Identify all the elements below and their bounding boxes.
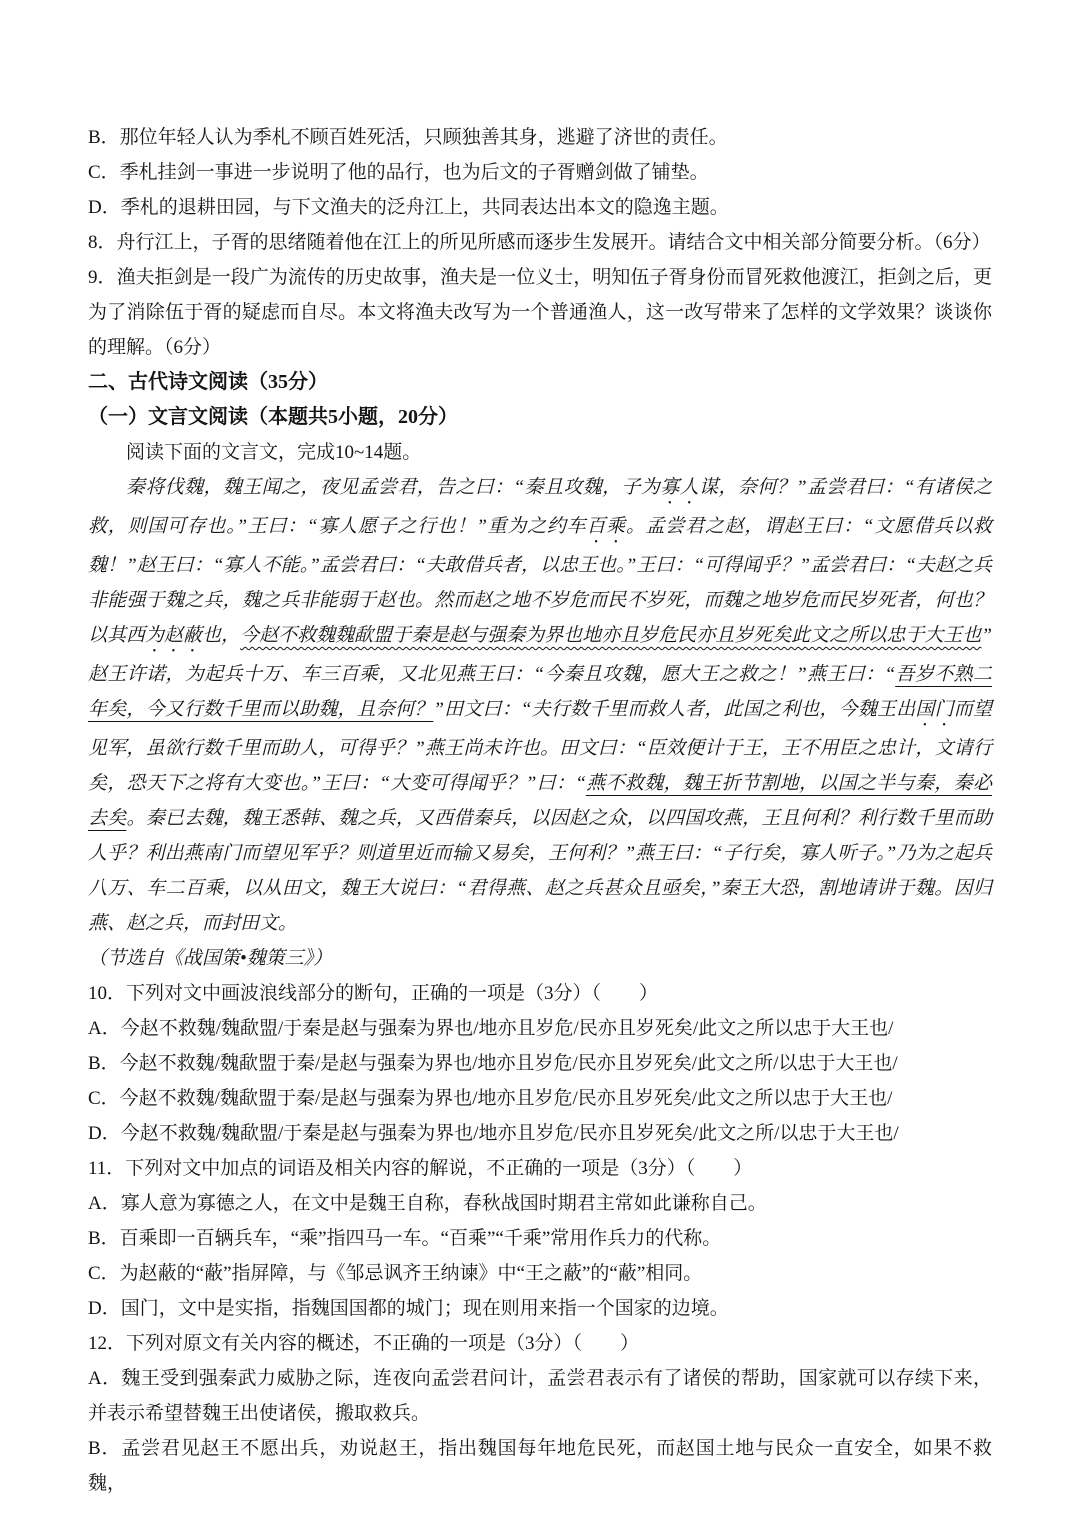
q11-option-b: B．百乘即一百辆兵车，“乘”指四马一车。“百乘”“千乘”常用作兵力的代称。 bbox=[88, 1221, 992, 1256]
q11-option-d: D．国门，文中是实指，指魏国国都的城门；现在则用来指一个国家的边境。 bbox=[88, 1291, 992, 1326]
q7-option-c: C．季札挂剑一事进一步说明了他的品行，也为后文的子胥赠剑做了铺垫。 bbox=[88, 155, 992, 190]
q11-option-a: A．寡人意为寡德之人，在文中是魏王自称，春秋战国时期君主常如此谦称自己。 bbox=[88, 1186, 992, 1221]
question-12-stem: 12．下列对原文有关内容的概述，不正确的一项是（3分）（ ） bbox=[88, 1326, 992, 1361]
passage-text: 秦将伐魏，魏王闻之，夜见孟尝君，告之曰：“秦且攻魏，子为 bbox=[126, 477, 660, 498]
exam-page: B．那位年轻人认为季札不顾百姓死活，只顾独善其身，逃避了济世的责任。 C．季札挂… bbox=[0, 0, 1080, 1528]
q10-option-d: D．今赵不救魏/魏歃盟/于秦是赵与强秦为界也/地亦且岁危/民亦且岁死矣/此文之所… bbox=[88, 1116, 992, 1151]
emphasized-word: 为赵蔽 bbox=[145, 625, 202, 646]
question-10-stem: 10．下列对文中画波浪线部分的断句，正确的一项是（3分）（ ） bbox=[88, 976, 992, 1011]
q7-option-d: D．季札的退耕田园，与下文渔夫的泛舟江上，共同表达出本文的隐逸主题。 bbox=[88, 190, 992, 225]
wavy-underlined-text: 今赵不救魏魏歃盟于秦是赵与强秦为界也地亦且岁危民亦且岁死矣此文之所以忠于大王也 bbox=[240, 625, 981, 646]
q10-option-a: A．今赵不救魏/魏歃盟/于秦是赵与强秦为界也/地亦且岁危/民亦且岁死矣/此文之所… bbox=[88, 1011, 992, 1046]
classical-passage: 秦将伐魏，魏王闻之，夜见孟尝君，告之曰：“秦且攻魏，子为寡人谋，奈何？”孟尝君曰… bbox=[88, 470, 992, 941]
question-9: 9．渔夫拒剑是一段广为流传的历史故事，渔夫是一位义士，明知伍子胥身份而冒死救他渡… bbox=[88, 260, 992, 365]
emphasized-word: 国门 bbox=[915, 699, 953, 720]
emphasized-word: 百乘 bbox=[586, 516, 626, 537]
q10-option-b: B．今赵不救魏/魏歃盟于秦/是赵与强秦为界也/地亦且岁危/民亦且岁死矣/此文之所… bbox=[88, 1046, 992, 1081]
q12-option-a: A．魏王受到强秦武力威胁之际，连夜向孟尝君问计，孟尝君表示有了诸侯的帮助，国家就… bbox=[88, 1361, 992, 1431]
question-11-stem: 11．下列对文中加点的词语及相关内容的解说，不正确的一项是（3分）（ ） bbox=[88, 1151, 992, 1186]
emphasized-word: 寡人 bbox=[660, 477, 699, 498]
passage-attribution: （节选自《战国策•魏策三》） bbox=[88, 941, 992, 976]
q7-option-b: B．那位年轻人认为季札不顾百姓死活，只顾独善其身，逃避了济世的责任。 bbox=[88, 120, 992, 155]
section-heading: 二、古代诗文阅读（35分） bbox=[88, 365, 992, 400]
passage-text: 。秦已去魏，魏王悉韩、魏之兵，又西借秦兵，以因赵之众，以四国攻燕，王且何利？利行… bbox=[88, 808, 992, 934]
q10-option-c: C．今赵不救魏/魏歃盟于秦/是赵与强秦为界也/地亦且岁危/民亦且岁死矣/此文之所… bbox=[88, 1081, 992, 1116]
q12-option-b: B．孟尝君见赵王不愿出兵，劝说赵王，指出魏国每年地危民死，而赵国土地与民众一直安… bbox=[88, 1431, 992, 1501]
q11-option-c: C．为赵蔽的“蔽”指屏障，与《邹忌讽齐王纳谏》中“王之蔽”的“蔽”相同。 bbox=[88, 1256, 992, 1291]
passage-intro: 阅读下面的文言文，完成10~14题。 bbox=[88, 435, 992, 470]
passage-text: ”田文曰：“夫行数千里而救人者，此国之利也，今魏王出 bbox=[433, 699, 915, 720]
passage-text: 也， bbox=[202, 625, 240, 646]
subsection-heading: （一）文言文阅读（本题共5小题，20分） bbox=[88, 400, 992, 435]
question-8: 8．舟行江上，子胥的思绪随着他在江上的所见所感而逐步生发展开。请结合文中相关部分… bbox=[88, 225, 992, 260]
